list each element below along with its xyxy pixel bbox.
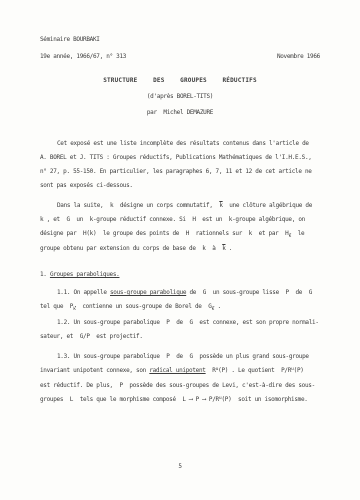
text-segment: 1.3. Un sous-groupe parabolique P de G p… <box>57 353 309 360</box>
document-page: Séminaire BOURBAKI 19e année, 1966/67, n… <box>0 0 360 500</box>
paper-title: STRUCTURE DES GROUPES RÉDUCTIFS <box>40 73 320 89</box>
intro-paragraph: Cet exposé est une liste incomplète des … <box>40 137 320 193</box>
notation-paragraph: Dans la suite, k désigne un corps commut… <box>40 199 320 256</box>
text-segment: k <box>288 234 291 239</box>
text-segment: . <box>226 245 233 252</box>
text-segment: k <box>212 307 215 312</box>
para-1-3: 1.3. Un sous-groupe parabolique P de G p… <box>40 350 320 408</box>
text-segment: Dans la suite, k désigne un corps commut… <box>57 202 219 209</box>
text-segment: 1.1. On appelle <box>57 289 110 296</box>
page-content: Séminaire BOURBAKI 19e année, 1966/67, n… <box>0 0 360 408</box>
para-1-1: 1.1. On appelle sous-groupe parabolique … <box>40 286 320 315</box>
text-segment: u <box>291 367 294 372</box>
header-meta-row: 19e année, 1966/67, n° 313 Novembre 1966 <box>40 50 320 64</box>
text-segment: k <box>73 307 76 312</box>
text-line: sont pas exposés ci-dessous. <box>40 179 320 193</box>
text-segment: groupes L tels que le morphisme composé … <box>40 396 219 403</box>
author-line: par Michel DEMAZURE <box>40 105 320 121</box>
publication-date: Novembre 1966 <box>277 50 320 64</box>
text-segment: Cet exposé est une liste incomplète des … <box>57 140 309 147</box>
header: Séminaire BOURBAKI 19e année, 1966/67, n… <box>40 33 320 64</box>
text-segment: est réductif. De plus, P possède des sou… <box>40 382 315 389</box>
text-segment: sont pas exposés ci-dessous. <box>40 182 133 189</box>
text-segment: 1. <box>40 271 50 278</box>
text-segment: A. BOREL et J. TITS : Groupes réductifs,… <box>40 154 312 161</box>
text-segment: Groupes paraboliques. <box>50 271 120 278</box>
text-line: A. BOREL et J. TITS : Groupes réductifs,… <box>40 151 320 165</box>
text-segment: k , et G un k-groupe réductif connexe. S… <box>40 216 305 223</box>
text-segment: tel que P <box>40 303 73 310</box>
text-segment: groupe obtenu par extension du corps de … <box>40 245 222 252</box>
text-segment: invariant unipotent connexe, son <box>40 367 149 374</box>
text-line: Cet exposé est une liste incomplète des … <box>40 137 320 151</box>
text-segment: n° 27, p. 55-150. En particulier, les pa… <box>40 168 312 175</box>
document-body: Cet exposé est une liste incomplète des … <box>40 137 320 408</box>
text-line: groupes L tels que le morphisme composé … <box>40 393 320 408</box>
text-line: Dans la suite, k désigne un corps commut… <box>40 199 320 213</box>
text-segment: (P) . Le quotient P/R <box>218 367 291 374</box>
title-block: STRUCTURE DES GROUPES RÉDUCTIFS (d'après… <box>40 73 320 121</box>
text-segment: . <box>214 303 221 310</box>
text-line: 1. Groupes paraboliques. <box>40 268 320 282</box>
text-line: n° 27, p. 55-150. En particulier, les pa… <box>40 165 320 179</box>
text-segment: 1.2. Un sous-groupe parabolique P de G e… <box>57 319 319 326</box>
text-line: sateur, et G/P est projectif. <box>40 330 320 344</box>
text-segment: désigne par H(k) le groupe des points de… <box>40 230 288 237</box>
text-line: invariant unipotent connexe, son radical… <box>40 364 320 379</box>
text-segment: R <box>206 367 216 374</box>
text-line: désigne par H(k) le groupe des points de… <box>40 227 320 242</box>
text-segment: contienne un sous-groupe de Borel de G <box>76 303 212 310</box>
paper-subtitle: (d'après BOREL-TITS) <box>40 89 320 105</box>
text-segment: sateur, et G/P est projectif. <box>40 333 143 340</box>
text-line: 1.2. Un sous-groupe parabolique P de G e… <box>40 316 320 330</box>
text-line: groupe obtenu par extension du corps de … <box>40 242 320 256</box>
text-segment: (P) <box>294 367 304 374</box>
seminar-name: Séminaire BOURBAKI <box>40 33 320 47</box>
text-segment: de G un sous-groupe lisse P de G <box>186 289 312 296</box>
text-line: 1.1. On appelle sous-groupe parabolique … <box>40 286 320 300</box>
text-segment: (P) soit un isomorphisme. <box>221 396 307 403</box>
text-line: k , et G un k-groupe réductif connexe. S… <box>40 213 320 227</box>
text-segment: une clôture algébrique de <box>223 202 312 209</box>
issue-reference: 19e année, 1966/67, n° 313 <box>40 50 126 64</box>
text-line: tel que Pk contienne un sous-groupe de B… <box>40 300 320 315</box>
section-heading: 1. Groupes paraboliques. <box>40 268 320 282</box>
para-1-2: 1.2. Un sous-groupe parabolique P de G e… <box>40 316 320 344</box>
text-line: 1.3. Un sous-groupe parabolique P de G p… <box>40 350 320 364</box>
text-segment: radical unipotent <box>149 367 205 374</box>
text-segment: u <box>216 367 219 372</box>
text-segment: sous-groupe parabolique <box>110 289 186 296</box>
page-number: 5 <box>0 462 360 472</box>
text-segment: le <box>291 230 304 237</box>
text-line: est réductif. De plus, P possède des sou… <box>40 379 320 393</box>
